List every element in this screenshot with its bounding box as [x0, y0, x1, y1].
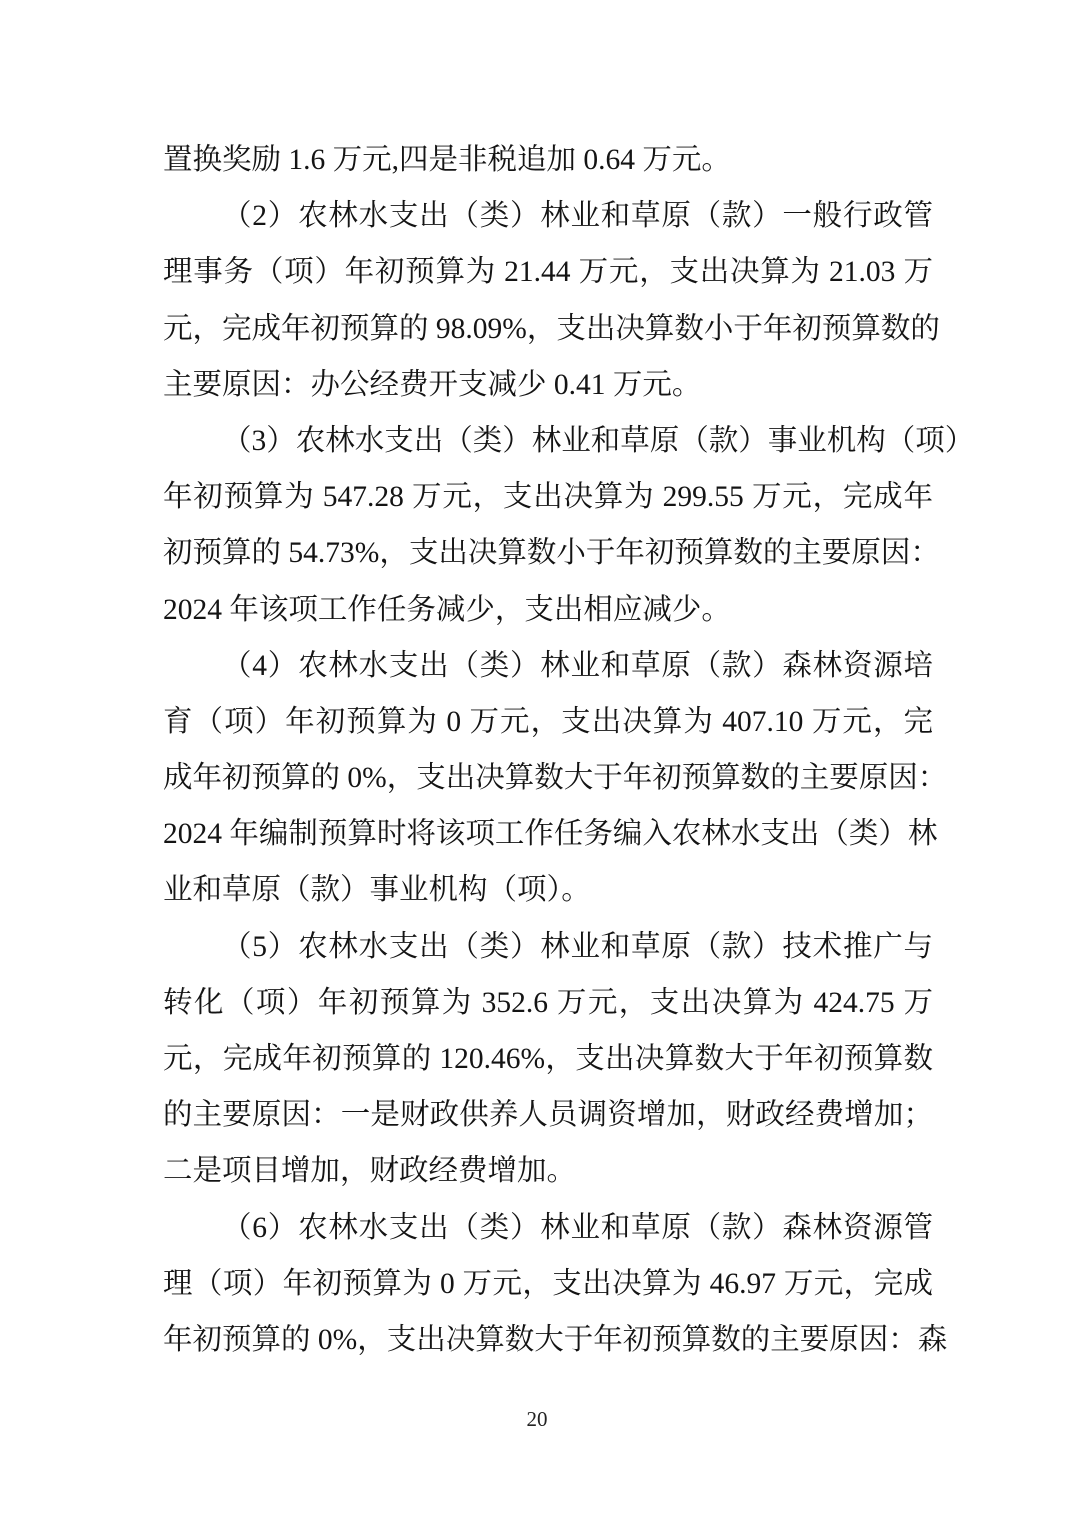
- body-line: （5）农林水支出（类）林业和草原（款）技术推广与: [163, 919, 933, 975]
- body-line: （4）农林水支出（类）林业和草原（款）森林资源培: [163, 638, 933, 694]
- body-text: 置换奖励 1.6 万元,四是非税追加 0.64 万元。（2）农林水支出（类）林业…: [163, 132, 933, 1368]
- body-line: 成年初预算的 0%，支出决算数大于年初预算数的主要原因：: [163, 750, 933, 806]
- body-line: （3）农林水支出（类）林业和草原（款）事业机构（项）: [163, 413, 933, 469]
- body-line: （2）农林水支出（类）林业和草原（款）一般行政管: [163, 188, 933, 244]
- page-number: 20: [527, 1407, 548, 1431]
- body-line: 2024 年编制预算时将该项工作任务编入农林水支出（类）林: [163, 806, 933, 862]
- body-line: 元，完成年初预算的 98.09%，支出决算数小于年初预算数的: [163, 301, 933, 357]
- body-line: 初预算的 54.73%，支出决算数小于年初预算数的主要原因：: [163, 525, 933, 581]
- body-line: 置换奖励 1.6 万元,四是非税追加 0.64 万元。: [163, 132, 933, 188]
- page-footer: 20: [0, 1406, 1074, 1432]
- body-line: 的主要原因：一是财政供养人员调资增加，财政经费增加；: [163, 1087, 933, 1143]
- body-line: 二是项目增加，财政经费增加。: [163, 1143, 933, 1199]
- body-line: 元，完成年初预算的 120.46%，支出决算数大于年初预算数: [163, 1031, 933, 1087]
- body-line: 理事务（项）年初预算为 21.44 万元，支出决算为 21.03 万: [163, 244, 933, 300]
- body-line: （6）农林水支出（类）林业和草原（款）森林资源管: [163, 1200, 933, 1256]
- body-line: 业和草原（款）事业机构（项）。: [163, 862, 933, 918]
- body-line: 转化（项）年初预算为 352.6 万元，支出决算为 424.75 万: [163, 975, 933, 1031]
- document-page: 置换奖励 1.6 万元,四是非税追加 0.64 万元。（2）农林水支出（类）林业…: [0, 0, 1074, 1520]
- body-line: 理（项）年初预算为 0 万元，支出决算为 46.97 万元，完成: [163, 1256, 933, 1312]
- body-line: 年初预算为 547.28 万元，支出决算为 299.55 万元，完成年: [163, 469, 933, 525]
- body-line: 年初预算的 0%，支出决算数大于年初预算数的主要原因：森: [163, 1312, 933, 1368]
- body-line: 育（项）年初预算为 0 万元，支出决算为 407.10 万元，完: [163, 694, 933, 750]
- body-line: 2024 年该项工作任务减少，支出相应减少。: [163, 582, 933, 638]
- body-line: 主要原因：办公经费开支减少 0.41 万元。: [163, 357, 933, 413]
